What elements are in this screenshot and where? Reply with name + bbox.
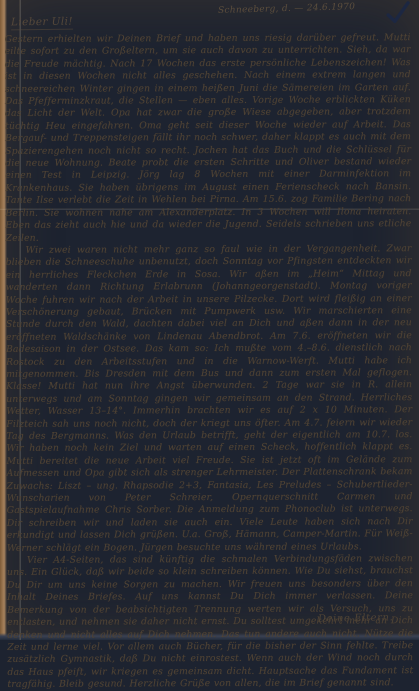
letter-paragraph: Gestern erhielten wir Deinen Brief und h…: [5, 32, 412, 245]
letter-body: Gestern erhielten wir Deinen Brief und h…: [5, 32, 414, 640]
signature: Deine Eltern.: [318, 612, 393, 624]
checkmark-icon: [383, 0, 413, 26]
letter-paragraph: Wir zwei waren nicht mehr ganz so faul w…: [5, 243, 412, 555]
letter-scan-page: Schneeberg, d. — 24.6.1970 Lieber Uli! G…: [0, 0, 419, 640]
dateline: Schneeberg, d. — 24.6.1970: [218, 2, 358, 16]
letter-paragraph: Vier A4-Seiten, das sind künftig die sch…: [7, 553, 414, 640]
salutation: Lieber Uli!: [11, 16, 73, 31]
